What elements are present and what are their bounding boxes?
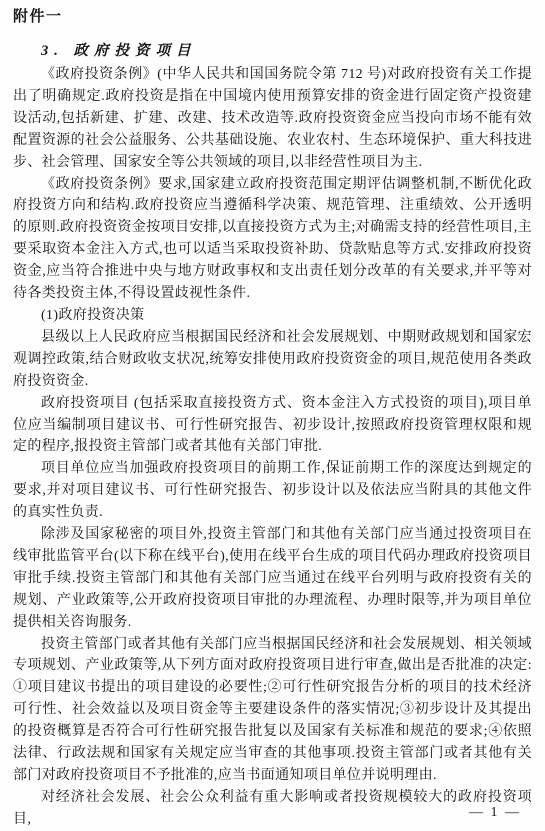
page-number: — 1 — xyxy=(469,804,521,822)
paragraph-county-governments: 县级以上人民政府应当根据国民经济和社会发展规划、中期财政规划和国家宏观调控政策,… xyxy=(13,327,532,393)
subheading-investment-decision: (1)政府投资决策 xyxy=(13,305,532,327)
paragraph-online-platform: 除涉及国家秘密的项目外,投资主管部门和其他有关部门应当通过投资项目在线审批监管平… xyxy=(13,524,532,634)
paragraph-preliminary-work: 项目单位应当加强政府投资项目的前期工作,保证前期工作的深度达到规定的要求,并对项… xyxy=(13,458,532,524)
paragraph-regulation-requirements: 《政府投资条例》要求,国家建立政府投资范围定期评估调整机制,不断优化政府投资方向… xyxy=(13,174,532,305)
attachment-label: 附件一 xyxy=(13,8,532,26)
document-body: 《政府投资条例》(中华人民共和国国务院令第 712 号)对政府投资有关工作提出了… xyxy=(13,64,532,831)
paragraph-review-items: 投资主管部门或者其他有关部门应当根据国民经济和社会发展规划、相关领域专项规划、产… xyxy=(13,634,532,787)
section-title: 3. 政府投资项目 xyxy=(13,41,532,61)
paragraph-project-documents: 政府投资项目 (包括采取直接投资方式、资本金注入方式投资的项目),项目单位应当编… xyxy=(13,393,532,459)
document-page: 附件一 3. 政府投资项目 《政府投资条例》(中华人民共和国国务院令第 712 … xyxy=(0,0,545,831)
paragraph-regulation-intro: 《政府投资条例》(中华人民共和国国务院令第 712 号)对政府投资有关工作提出了… xyxy=(13,64,532,174)
paragraph-major-projects: 对经济社会发展、社会公众利益有重大影响或者投资规模较大的政府投资项目, xyxy=(13,787,532,831)
